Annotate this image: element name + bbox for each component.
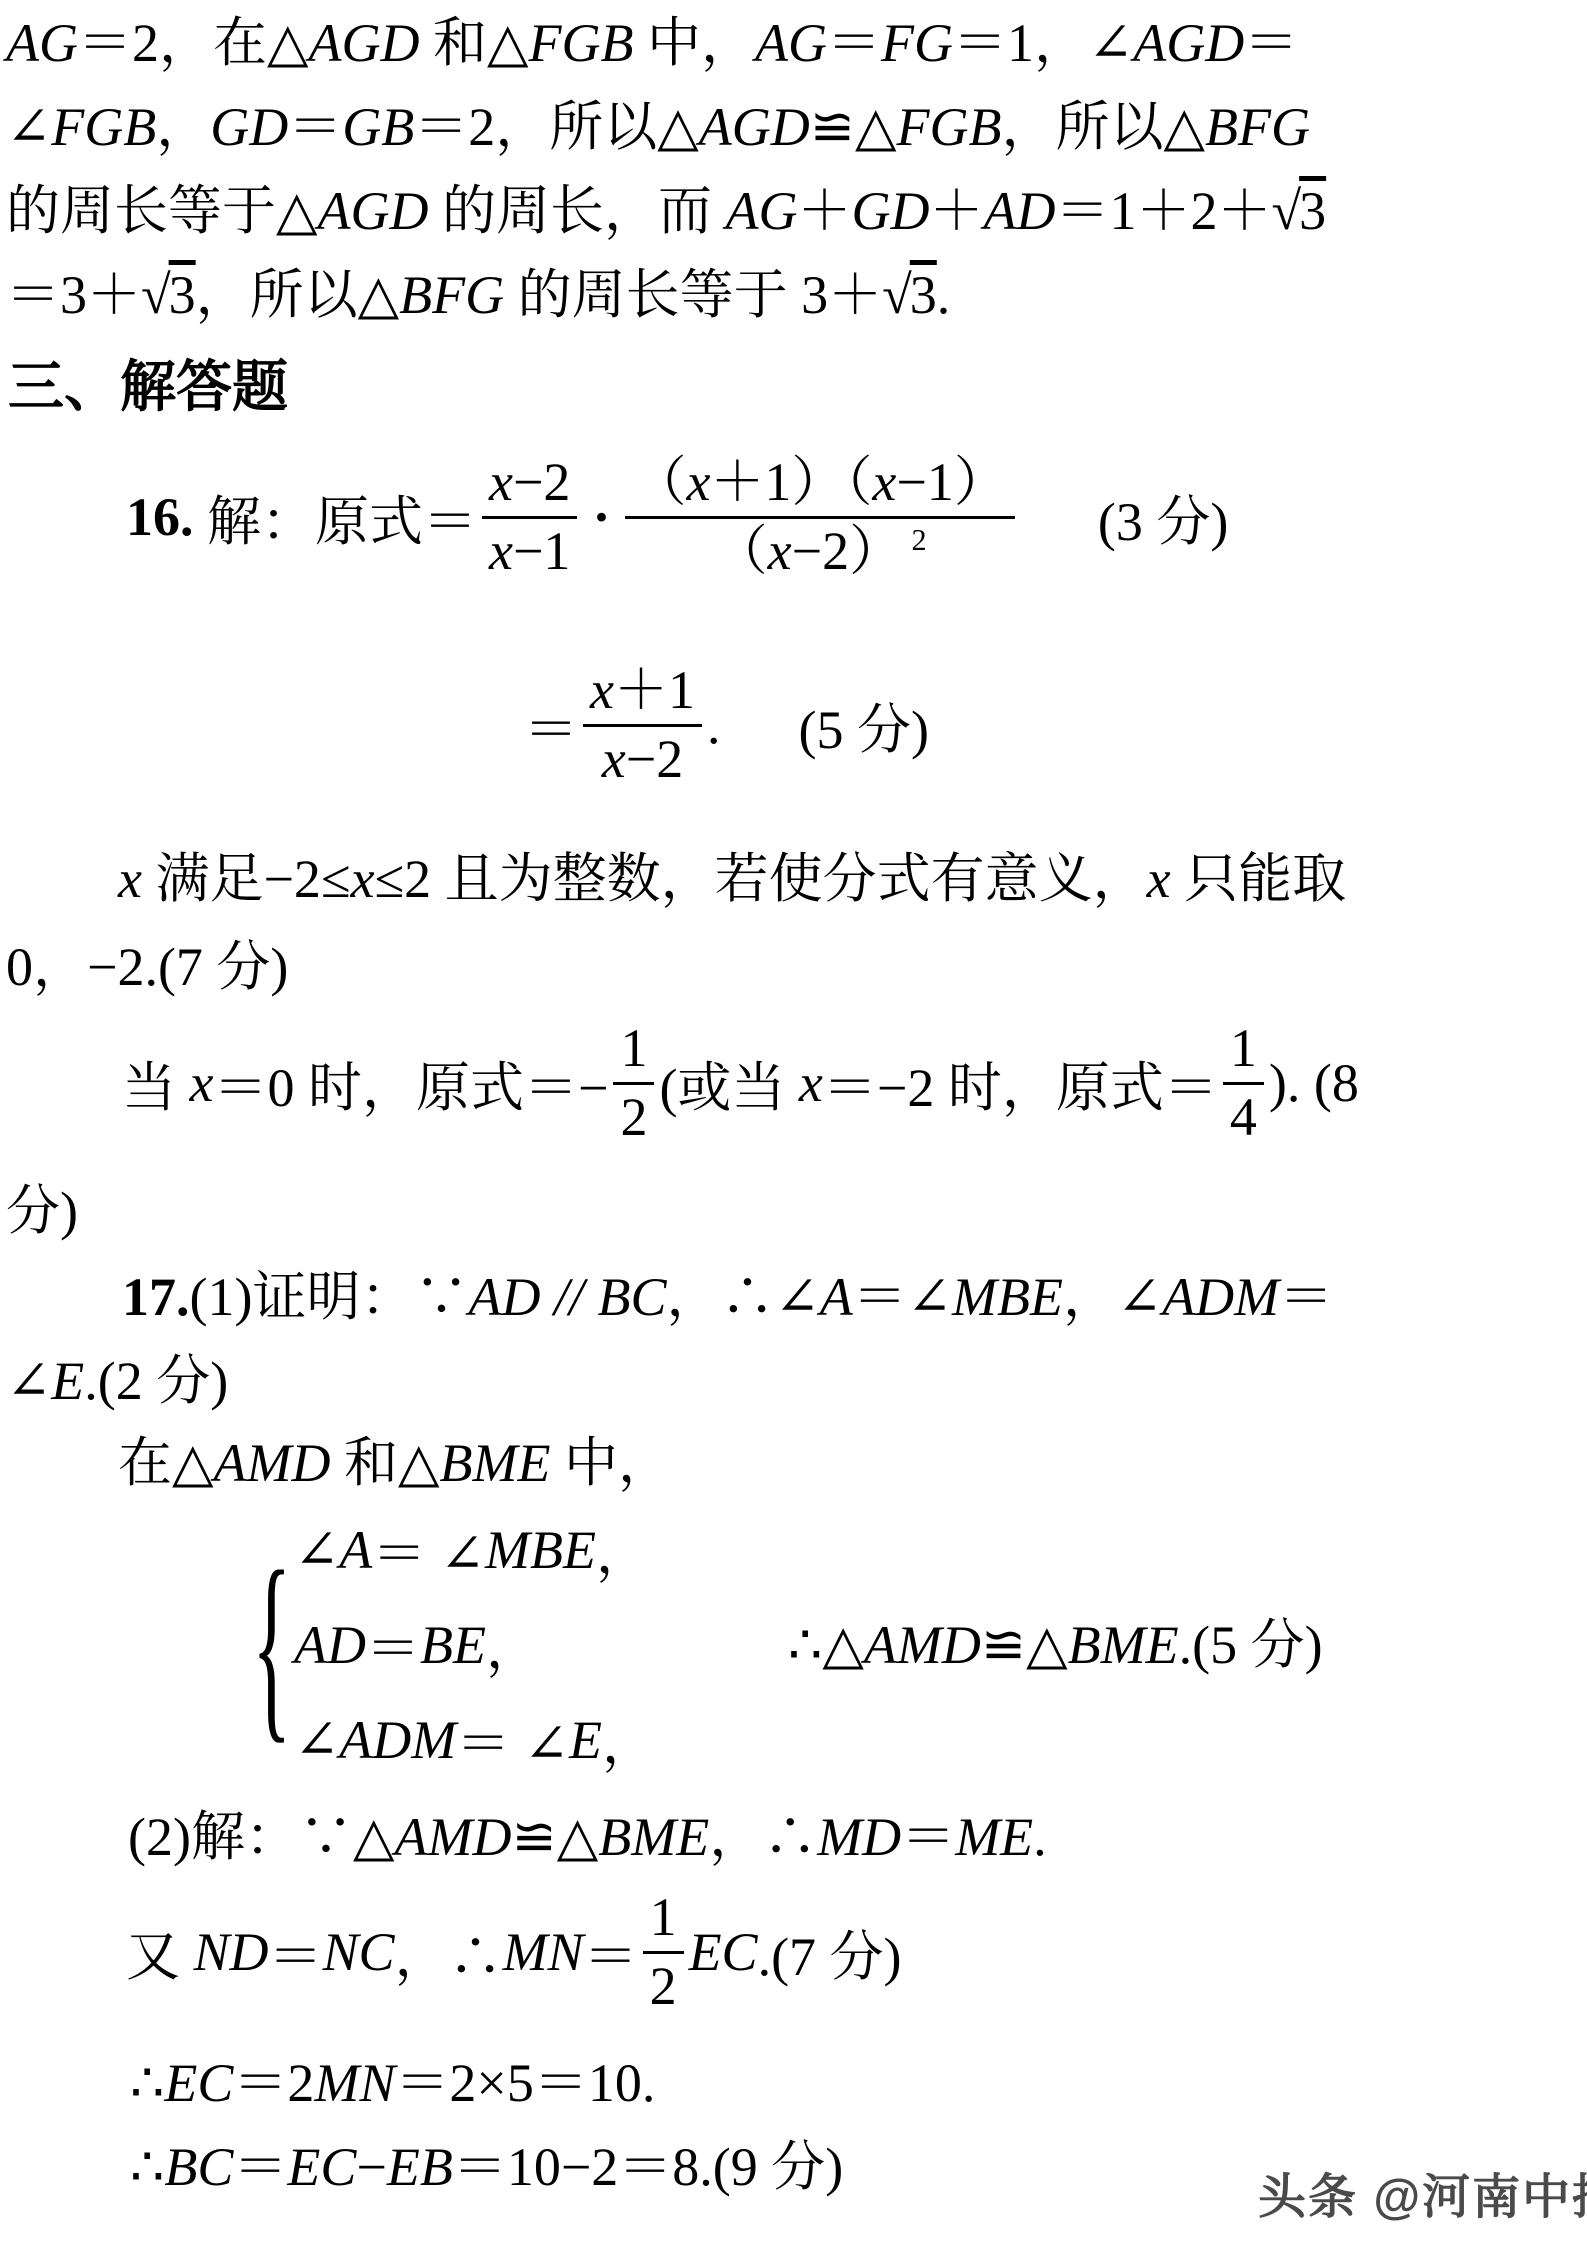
text-run: √	[141, 265, 171, 325]
text-run: BME	[598, 1807, 709, 1867]
q16-evaluation-wrap: 分)	[6, 1170, 78, 1252]
text-run: FGB	[529, 13, 634, 73]
q17-triangles-intro: 在△AMD 和△BME 中，	[118, 1422, 672, 1504]
text-run: BFG	[399, 265, 504, 325]
text-run: 3	[169, 265, 196, 325]
text-run: x	[872, 452, 896, 512]
text-run: ADM	[1162, 1267, 1279, 1327]
text-run: BFG	[1205, 97, 1310, 157]
text-run: x	[190, 1052, 214, 1114]
system-conclusion: ∴△AMD≌△BME.(5 分)	[788, 1604, 1323, 1686]
text-run: AGD	[318, 181, 429, 241]
solution15-line-1: AG＝2，在△AGD 和△FGB 中，AG＝FG＝1，∠AGD＝	[6, 2, 1298, 84]
system-row-1: ∠A＝ ∠MBE，	[294, 1502, 656, 1597]
text-run: 当	[122, 1045, 190, 1122]
text-run: ND	[194, 1921, 269, 1983]
q17-part1-line-1: 17.(1)证明：∵AD // BC，∴∠A＝∠MBE，∠ADM＝	[122, 1256, 1333, 1338]
text-run: NC	[323, 1921, 395, 1983]
text-run: −2	[513, 452, 570, 512]
fraction-denominator: 2	[643, 1954, 684, 2020]
text-run: AGD	[309, 13, 420, 73]
text-run: −2）	[792, 521, 903, 581]
fraction-numerator: 1	[643, 1885, 684, 1954]
text-run: AD	[294, 1614, 366, 1676]
text-run: ∠	[294, 1518, 339, 1581]
fraction: 14	[1223, 1016, 1264, 1151]
text-run: ＝	[584, 1914, 638, 1991]
text-run: GD	[852, 181, 930, 241]
text-run: x	[1147, 849, 1171, 909]
text-run: √	[882, 265, 912, 325]
text-run: ). (8	[1269, 1052, 1359, 1114]
equation-system: { ∠A＝ ∠MBE， AD＝BE， ∠ADM＝ ∠E，	[252, 1502, 656, 1787]
text-run: AGD	[699, 97, 810, 157]
text-run: ＋	[798, 181, 852, 241]
text-run: √	[1271, 181, 1301, 241]
text-run: ∴△	[788, 1615, 864, 1675]
text-run: ∠	[6, 1351, 51, 1411]
text-run: ≌△	[981, 1615, 1068, 1675]
text-run: −1	[513, 521, 570, 581]
text-run: AG	[6, 13, 78, 73]
q16-step2: ＝x＋1x−2.(5 分)	[524, 645, 929, 805]
text-run: ＝2×5＝10.	[395, 2053, 655, 2113]
text-run: −1）	[896, 452, 1007, 512]
fraction-denominator: 4	[1223, 1085, 1264, 1151]
text-run: MD	[817, 1807, 901, 1867]
text-run: AD	[984, 181, 1056, 241]
text-run: −	[356, 2137, 386, 2197]
text-run: ，所以△	[1001, 97, 1205, 157]
text-run: ＝ ∠	[372, 1511, 485, 1588]
q17-bc-line: ∴BC＝EC−EB＝10−2＝8.(9 分)	[130, 2126, 843, 2208]
text-run: 的周长等于△	[6, 181, 318, 241]
text-run: ，	[602, 1701, 656, 1778]
text-run: ＝	[366, 1606, 420, 1683]
text-run: BME	[440, 1433, 551, 1493]
text-run: ≌△	[810, 97, 897, 157]
system-row-3: ∠ADM＝ ∠E，	[294, 1692, 656, 1787]
text-run: ，∠	[1063, 1267, 1162, 1327]
q16-evaluation: 当 x＝0 时，原式＝−12(或当 x＝−2 时，原式＝14). (8	[122, 1003, 1359, 1163]
text-run: FG	[881, 13, 953, 73]
text-run: AGD	[1133, 13, 1244, 73]
text-run: ＝2，所以△	[414, 97, 699, 157]
text-run: .	[937, 265, 951, 325]
text-run: 的周长，而	[429, 181, 726, 241]
q17-part2-line: (2)解：∵△AMD≌△BME，∴MD＝ME.	[128, 1796, 1047, 1878]
text-run: ≤2 且为整数，若使分式有意义，	[375, 849, 1147, 909]
q17-part1-line-2: ∠E.(2 分)	[6, 1340, 228, 1422]
fraction-numerator: 1	[613, 1016, 654, 1085]
text-run: 的周长等于 3＋	[504, 265, 882, 325]
text-run: BME	[1068, 1615, 1179, 1675]
text-run: x	[489, 521, 513, 581]
text-run: A	[339, 1519, 372, 1581]
text-run: ＝1＋2＋	[1055, 181, 1271, 241]
fraction: 12	[643, 1885, 684, 2020]
text-run: ≌△	[511, 1807, 598, 1867]
text-run: ＝1，∠	[953, 13, 1133, 73]
text-run: BE	[420, 1614, 486, 1676]
fraction-numerator: x＋1	[583, 658, 702, 727]
text-run: 2	[620, 1087, 647, 1147]
text-run: ＝	[901, 1807, 955, 1867]
text-run: 16.	[126, 486, 194, 548]
text-run: 3	[1299, 181, 1326, 241]
text-run: 和△	[420, 13, 529, 73]
text-run: ＝	[233, 2137, 287, 2197]
text-run: 1	[650, 1887, 677, 1947]
text-run: EC	[164, 2053, 233, 2113]
section-header: 三、解答题	[8, 342, 288, 434]
text-run: x	[489, 452, 513, 512]
text-run: −2	[626, 729, 683, 789]
text-run: x	[602, 729, 626, 789]
text-run: ，所以△	[196, 265, 400, 325]
fraction: x−2x−1	[482, 450, 577, 585]
text-run: ＝∠	[853, 1267, 952, 1327]
text-run: BC	[164, 2137, 233, 2197]
text-run: x	[768, 521, 792, 581]
text-run: x	[118, 849, 142, 909]
text-run: BC	[597, 1267, 666, 1327]
text-run: 只能取	[1171, 849, 1347, 909]
solution15-line-4: ＝3＋√3，所以△BFG 的周长等于 3＋√3.	[6, 254, 950, 336]
text-run: .	[1033, 1807, 1047, 1867]
text-run: ∴	[130, 2053, 164, 2113]
q17-mn-line: 又 ND＝NC，∴MN＝12EC.(7 分)	[126, 1872, 902, 2032]
text-run: //	[540, 1267, 597, 1327]
text-run: (3 分)	[1098, 479, 1228, 556]
text-run: EC	[689, 1921, 758, 1983]
text-run: ＝10−2＝8.(9 分)	[453, 2137, 843, 2197]
text-run: ＝	[269, 1914, 323, 1991]
fraction-denominator: 2	[613, 1085, 654, 1151]
text-run: 中，	[634, 13, 756, 73]
fraction-numerator: 1	[1223, 1016, 1264, 1085]
text-run: (5 分)	[798, 687, 928, 764]
text-run: ＋	[930, 181, 984, 241]
text-run: FGB	[897, 97, 1002, 157]
system-row-2: AD＝BE，	[294, 1597, 656, 1692]
text-run: ＋1）（	[710, 452, 872, 512]
text-run: ＝3＋	[6, 265, 141, 325]
text-run: GD	[210, 97, 288, 157]
q16-step1: 16. 解：原式＝x−2x−1·（x＋1）（x−1）（x−2）2(3 分)	[126, 437, 1228, 597]
fraction-denominator: （x−2）2	[707, 519, 934, 585]
fraction-denominator: x−2	[595, 727, 690, 793]
text-run: 又	[126, 1914, 194, 1991]
text-run: .(7 分)	[758, 1914, 902, 1991]
text-run: E	[51, 1351, 84, 1411]
text-run: EB	[387, 2137, 453, 2197]
text-run: 17.	[122, 1267, 190, 1327]
text-run: （	[632, 452, 686, 512]
text-run: MBE	[952, 1267, 1063, 1327]
solution15-line-2: ∠FGB，GD＝GB＝2，所以△AGD≌△FGB，所以△BFG	[6, 86, 1310, 168]
text-run: ，∴	[709, 1807, 817, 1867]
fraction-numerator: （x＋1）（x−1）	[625, 450, 1014, 519]
text-run: ＝2，在△	[78, 13, 309, 73]
text-run: MBE	[485, 1519, 596, 1581]
text-run: ∠	[294, 1708, 339, 1771]
text-run: x	[799, 1052, 823, 1114]
text-run: ＝	[827, 13, 881, 73]
text-run: FGB	[51, 97, 156, 157]
text-run: MN	[314, 2053, 395, 2113]
text-run: x	[351, 849, 375, 909]
fraction: x＋1x−2	[583, 658, 702, 793]
text-run: ＝	[1279, 1267, 1333, 1327]
fraction-numerator: x−2	[482, 450, 577, 519]
fraction: 12	[613, 1016, 654, 1151]
text-run: 2	[650, 1956, 677, 2016]
text-run: .(2 分)	[84, 1351, 228, 1411]
text-run: ，	[156, 97, 210, 157]
text-run: .(5 分)	[1179, 1615, 1323, 1675]
q16-note-line-2: 0，−2.(7 分)	[6, 926, 288, 1008]
text-run: AMD	[395, 1807, 512, 1867]
fraction-denominator: x−1	[482, 519, 577, 585]
text-run: 1	[1230, 1018, 1257, 1078]
text-run: （	[714, 521, 768, 581]
text-run: ＝	[1244, 13, 1298, 73]
text-run: 1	[620, 1018, 647, 1078]
text-run: 0，−2.(7 分)	[6, 937, 288, 997]
text-run: ME	[955, 1807, 1033, 1867]
text-run: ，	[486, 1606, 540, 1683]
text-run: ＝	[288, 97, 342, 157]
text-run: GB	[342, 97, 414, 157]
fraction: （x＋1）（x−1）（x−2）2	[625, 450, 1014, 585]
text-run: A	[820, 1267, 853, 1327]
text-run: ＝	[524, 687, 578, 764]
solution15-line-3: 的周长等于△AGD 的周长，而 AG＋GD＋AD＝1＋2＋√3	[6, 170, 1326, 252]
text-run: 中，	[550, 1433, 672, 1493]
text-run: .	[707, 694, 721, 756]
text-run: ＝−2 时，原式＝	[823, 1045, 1218, 1122]
text-run: 满足−2≤	[142, 849, 351, 909]
text-run: (1)证明：∵	[190, 1267, 469, 1327]
text-run: 3	[910, 265, 937, 325]
text-run: ＋1	[614, 660, 695, 720]
text-run: ，∴	[395, 1914, 503, 1991]
text-run: ，	[596, 1511, 650, 1588]
text-run: EC	[287, 2137, 356, 2197]
text-run: AD	[468, 1267, 540, 1327]
text-run: MN	[503, 1921, 584, 1983]
q17-ec-line: ∴EC＝2MN＝2×5＝10.	[130, 2042, 655, 2124]
text-run: 4	[1230, 1087, 1257, 1147]
q16-note-line-1: x 满足−2≤x≤2 且为整数，若使分式有意义，x 只能取	[118, 838, 1346, 920]
text-run: ∴	[130, 2137, 164, 2197]
text-run: ＝ ∠	[456, 1701, 569, 1778]
left-brace: {	[252, 1523, 294, 1765]
document-page: AG＝2，在△AGD 和△FGB 中，AG＝FG＝1，∠AGD＝ ∠FGB，GD…	[0, 0, 1587, 2245]
text-run: AG	[755, 13, 827, 73]
text-run: ＝2	[233, 2053, 314, 2113]
text-run: 2	[912, 523, 927, 557]
text-run: AG	[726, 181, 798, 241]
text-run: ∠	[6, 97, 51, 157]
watermark: 头条 @河南中招	[1258, 2158, 1587, 2227]
text-run: ADM	[339, 1709, 456, 1771]
text-run: 解：原式＝	[194, 479, 478, 556]
text-run: E	[569, 1709, 602, 1771]
text-run: AMD	[214, 1433, 331, 1493]
text-run: 在△	[118, 1433, 214, 1493]
text-run: x	[590, 660, 614, 720]
text-run: AMD	[864, 1615, 981, 1675]
equation-system-rows: ∠A＝ ∠MBE， AD＝BE， ∠ADM＝ ∠E，	[294, 1502, 656, 1787]
text-run: ·	[592, 486, 610, 548]
text-run: 和△	[331, 1433, 440, 1493]
text-run: ，∴∠	[666, 1267, 819, 1327]
text-run: x	[686, 452, 710, 512]
text-run: ＝0 时，原式＝−	[213, 1045, 608, 1122]
text-run: (或当	[659, 1045, 798, 1122]
text-run: (2)解：∵△	[128, 1807, 395, 1867]
text-run: 分)	[6, 1181, 78, 1241]
